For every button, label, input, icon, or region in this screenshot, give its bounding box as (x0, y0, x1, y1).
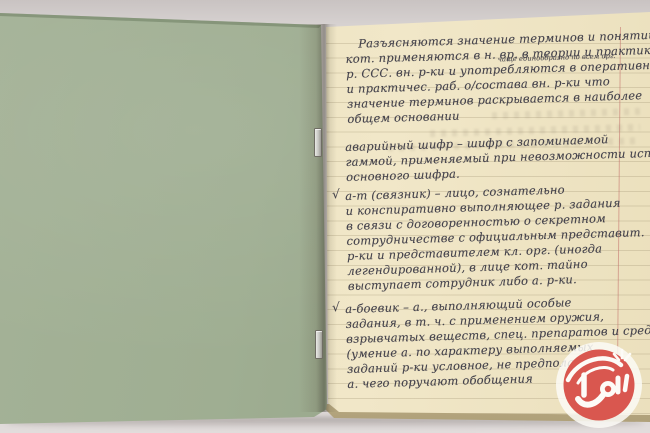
photo-open-notebook: Разъясняются значение терминов и понятий… (0, 0, 650, 433)
logo-meem-hole (605, 386, 611, 392)
staple (314, 128, 322, 157)
handwritten-paragraph: аварийный шифр – шифр с запоминаемой гам… (345, 130, 650, 185)
staple (315, 330, 323, 359)
maan-news-logo-watermark (551, 337, 647, 433)
handwritten-paragraph: √ а-т (связник) – лицо, сознательно и ко… (345, 180, 646, 294)
handwritten-paragraph: Разъясняются значение терминов и понятий… (345, 28, 650, 127)
